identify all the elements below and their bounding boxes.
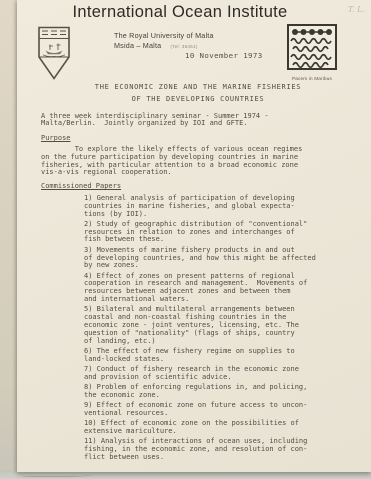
paper-item-5: 5) Bilateral and multilateral arrangemen… (84, 306, 355, 345)
intro-paragraph: A three week interdisciplinary seminar -… (41, 113, 355, 129)
document-title-line2: OF THE DEVELOPING COUNTRIES (41, 96, 355, 104)
handwritten-note: T. L. (348, 5, 365, 14)
institute-title: International Ocean Institute (17, 3, 343, 22)
paper-item-8: 8) Problem of enforcing regulations in, … (84, 384, 355, 400)
paper-item-9: 9) Effect of economic zone on future acc… (84, 402, 355, 418)
university-address: Msida – Malta(Tel: 36451) (114, 41, 214, 52)
paper-item-4: 4) Effect of zones on present patterns o… (84, 273, 355, 304)
waves-logo-icon (287, 57, 337, 74)
paper-item-1: 1) General analysis of participation of … (84, 195, 355, 218)
pacem-logo-caption: Pacem in Maribus (286, 76, 338, 81)
commissioned-papers-heading: Commissioned Papers (41, 183, 355, 191)
university-address-block: The Royal University of Malta Msida – Ma… (114, 31, 214, 51)
purpose-heading: Purpose (41, 135, 355, 143)
pacem-in-maribus-logo: Pacem in Maribus (286, 24, 338, 81)
paper-item-3: 3) Movements of marine fishery products … (84, 247, 355, 270)
purpose-paragraph: To explore the likely effects of various… (41, 146, 355, 177)
scan-strip-left (0, 0, 18, 479)
document-paper: International Ocean Institute T. L. The … (17, 0, 371, 472)
university-name: The Royal University of Malta (114, 31, 214, 41)
document-title-line1: THE ECONOMIC ZONE AND THE MARINE FISHERI… (41, 84, 355, 92)
pencil-smudge (22, 472, 92, 477)
commissioned-papers-list: 1) General analysis of participation of … (84, 195, 355, 462)
paper-item-6: 6) The effect of new fishery regime on s… (84, 348, 355, 364)
paper-item-2: 2) Study of geographic distribution of "… (84, 221, 355, 244)
typed-content: THE ECONOMIC ZONE AND THE MARINE FISHERI… (41, 84, 355, 464)
letter-date: 10 November 1973 (185, 51, 263, 60)
paper-item-10: 10) Effect of economic zone on the possi… (84, 420, 355, 436)
phone-note: (Tel: 36451) (170, 44, 197, 49)
university-crest-icon (37, 26, 71, 86)
paper-item-11: 11) Analysis of interactions of ocean us… (84, 438, 355, 461)
paper-item-7: 7) Conduct of fishery research in the ec… (84, 366, 355, 382)
